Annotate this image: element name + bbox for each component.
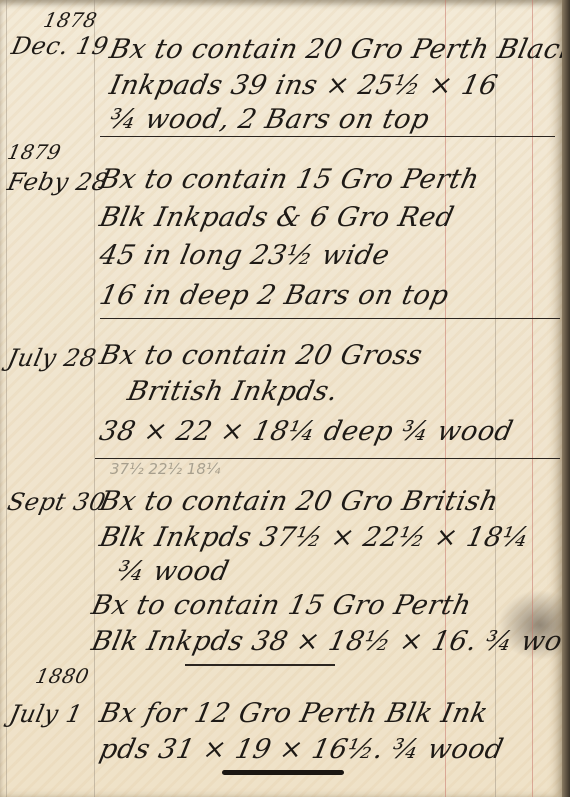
entry-line: Bx for 12 Gro Perth Blk Ink [97,698,491,729]
page-edge [562,0,570,797]
entry-line: Blk Inkpads & 6 Gro Red [97,202,457,233]
pencil-note: 37½ 22½ 18¼ [110,460,220,478]
entry-line: Blk Inkpds 37½ × 22½ × 18¼ [97,522,533,553]
date-column-rule [94,0,95,797]
entry-date: Dec. 19 [9,32,111,60]
entry-line: Bx to contain 20 Gross [97,340,426,371]
entry-line: 38 × 22 × 18¼ deep ¾ wood [97,416,516,447]
entry-line: ¾ wood [115,556,232,587]
margin-rule [6,0,7,797]
money-column-rule [445,0,446,797]
money-column-rule [532,0,533,797]
entry-line: 16 in deep 2 Bars on top [97,280,452,311]
entry-line: 45 in long 23½ wide [97,240,393,271]
entry-year: 1879 [5,140,63,164]
entry-line: pds 31 × 19 × 16½. ¾ wood [97,734,507,765]
entry-year: 1880 [33,664,91,688]
money-column-rule [495,0,496,797]
entry-separator [95,458,560,459]
entry-line: ¾ wood, 2 Bars on top [107,104,433,135]
entry-line: Inkpads 39 ins × 25½ × 16 [107,70,501,101]
entry-underline [185,664,335,666]
entry-underline [222,770,344,775]
entry-date: Sept 30 [5,488,108,516]
entry-line: Bx to contain 20 Gro Perth Black [107,34,570,65]
entry-date: July 1 [7,700,85,728]
entry-line: Blk Inkpds 38 × 18½ × 16. ¾ wood [89,626,570,657]
entry-line: British Inkpds. [125,376,341,407]
ledger-page: 1878 Dec. 19 Bx to contain 20 Gro Perth … [0,0,562,797]
entry-line: Bx to contain 15 Gro Perth [89,590,475,621]
entry-date: July 28 [5,344,99,372]
entry-separator [100,318,560,319]
entry-separator [100,136,555,137]
entry-line: Bx to contain 15 Gro Perth [97,164,483,195]
entry-line: Bx to contain 20 Gro British [97,486,502,517]
entry-date: Feby 28 [5,168,111,196]
entry-year: 1878 [41,8,99,32]
